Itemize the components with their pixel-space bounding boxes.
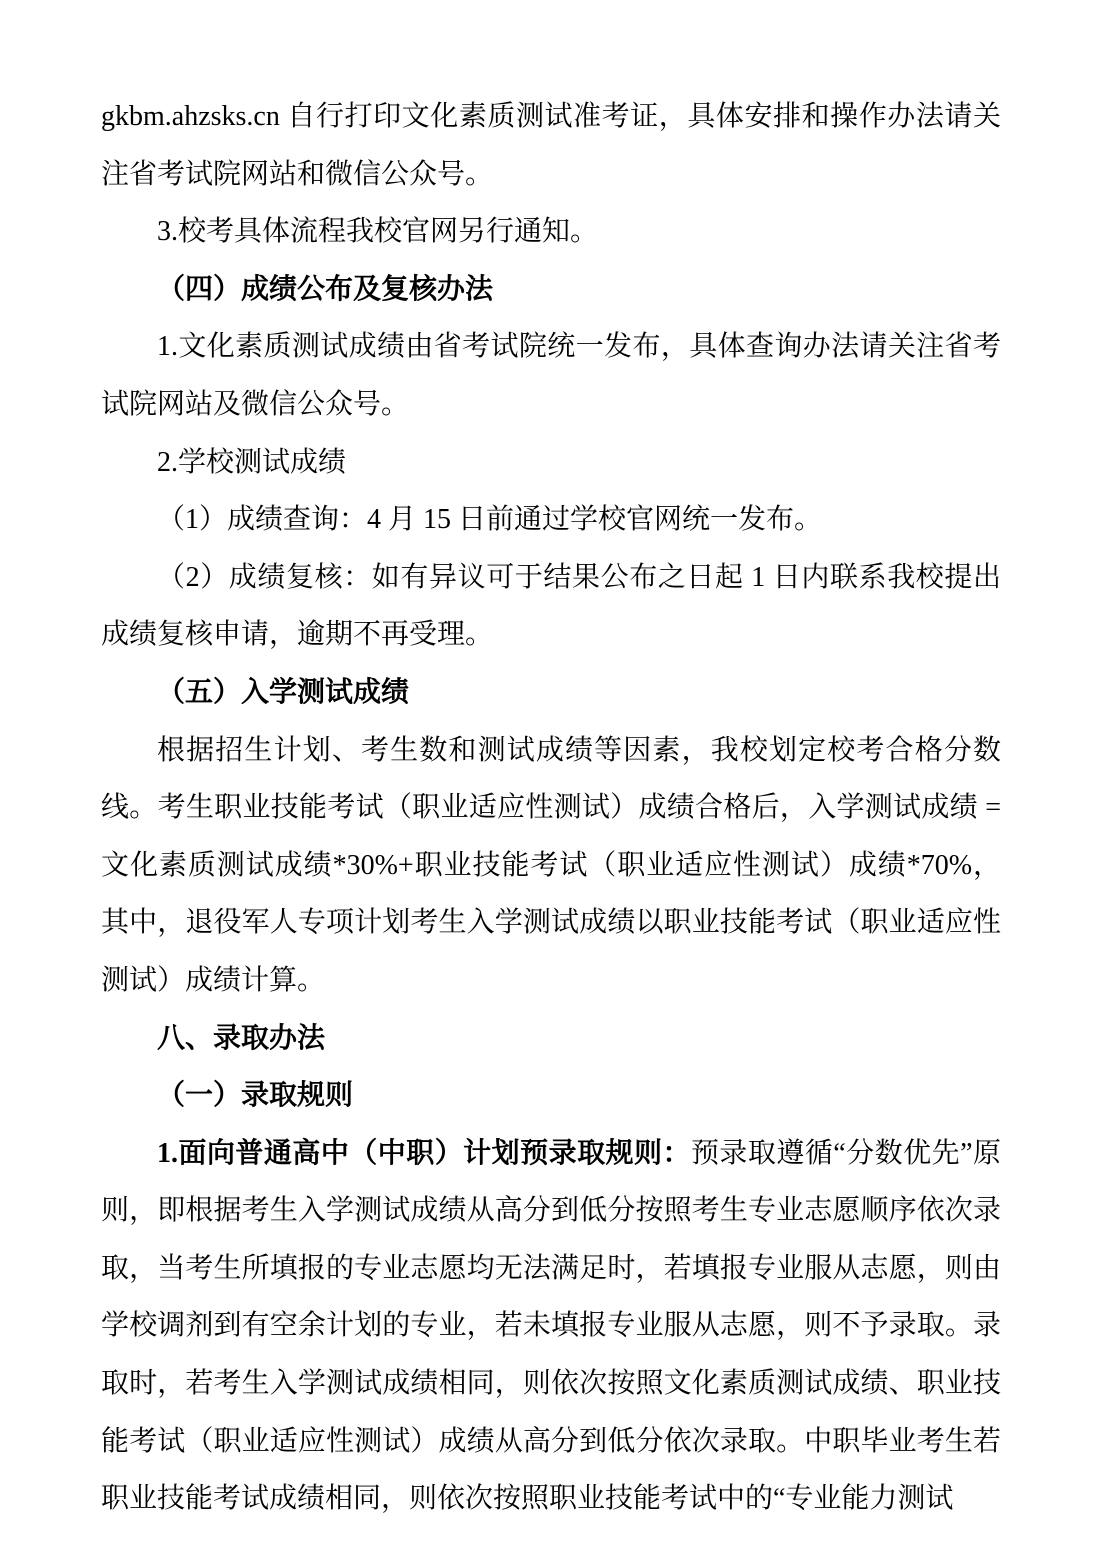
section-heading-score-publish-review: （四）成绩公布及复核办法: [101, 261, 1001, 319]
paragraph-culture-test-score-release: 1.文化素质测试成绩由省考试院统一发布，具体查询办法请关注省考试院网站及微信公众…: [101, 318, 1001, 433]
paragraph-print-ticket-continuation: gkbm.ahzsks.cn 自行打印文化素质测试准考证，具体安排和操作办法请关…: [101, 88, 1001, 203]
section-heading-admission-method: 八、录取办法: [101, 1010, 1001, 1068]
paragraph-score-review: （2）成绩复核：如有异议可于结果公布之日起 1 日内联系我校提出成绩复核申请，逾…: [101, 549, 1001, 664]
section-heading-admission-rules: （一）录取规则: [101, 1067, 1001, 1125]
paragraph-school-test-score: 2.学校测试成绩: [101, 434, 1001, 492]
paragraph-score-formula: 根据招生计划、考生数和测试成绩等因素，我校划定校考合格分数线。考生职业技能考试（…: [101, 722, 1001, 1010]
section-heading-admission-test-score: （五）入学测试成绩: [101, 664, 1001, 722]
pre-admission-rule-body: 预录取遵循“分数优先”原则，即根据考生入学测试成绩从高分到低分按照考生专业志愿顺…: [101, 1138, 1001, 1515]
paragraph-school-exam-notice: 3.校考具体流程我校官网另行通知。: [101, 203, 1001, 261]
document-page: gkbm.ahzsks.cn 自行打印文化素质测试准考证，具体安排和操作办法请关…: [0, 0, 1102, 1559]
paragraph-pre-admission-rule: 1.面向普通高中（中职）计划预录取规则：预录取遵循“分数优先”原则，即根据考生入…: [101, 1125, 1001, 1528]
pre-admission-rule-lead: 1.面向普通高中（中职）计划预录取规则：: [157, 1138, 691, 1169]
paragraph-score-query: （1）成绩查询：4 月 15 日前通过学校官网统一发布。: [101, 491, 1001, 549]
